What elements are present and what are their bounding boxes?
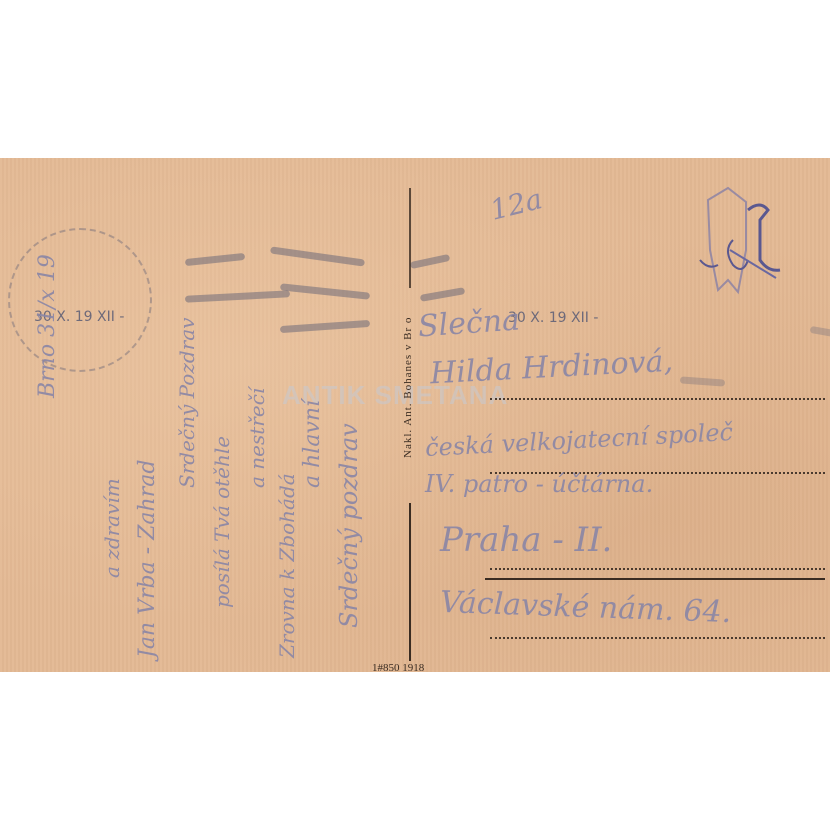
cancellation-line <box>410 254 451 269</box>
message-line: posílá Tvá otěhle <box>210 436 234 608</box>
monogram-stamp-icon <box>688 180 788 300</box>
message-line: Srdečný Pozdrav <box>175 318 199 488</box>
postmark-left <box>8 228 152 372</box>
address-line-1 <box>490 398 825 400</box>
message-line: Brno 31/x 19 <box>35 254 60 398</box>
divider-line-bottom <box>409 503 411 661</box>
address-city: Praha - II. <box>440 520 612 560</box>
message-line: Zrovna k Zbohádá <box>275 473 299 658</box>
cancellation-line <box>280 320 370 333</box>
cancellation-line <box>185 253 245 266</box>
address-street: Václavské nám. 64. <box>439 585 731 630</box>
catalog-number: 12a <box>487 182 546 227</box>
postmark-right-date: 30 X. 19 XII - <box>508 310 598 326</box>
address-greeting: Slečna <box>417 302 521 344</box>
cancellation-line <box>280 283 370 299</box>
cancellation-line <box>680 376 725 386</box>
address-org: česká velkojatecní společ <box>424 418 733 462</box>
cancellation-line <box>270 246 365 266</box>
print-code: 1#850 1918 <box>372 662 424 672</box>
message-line: Srdečný pozdrav <box>335 423 363 628</box>
address-line-3 <box>490 568 825 570</box>
address-line-4 <box>490 637 825 639</box>
message-line: a zdravím <box>100 478 124 578</box>
publisher-imprint: Nakl. Ant. Bohanes v Br o <box>402 317 414 458</box>
address-name: Hilda Hrdinová, <box>429 344 674 392</box>
postcard: ANTIK SMETANA 30 X. 19 XII - 30 X. 19 XI… <box>0 158 830 672</box>
cancellation-line <box>185 290 290 302</box>
cancellation-line <box>420 287 466 302</box>
divider-line-top <box>409 188 411 288</box>
message-line: a nestřečí <box>245 388 269 488</box>
cancellation-line <box>810 326 830 337</box>
message-line: Jan Vrba - Zahrad <box>135 460 160 658</box>
address-line-solid <box>485 578 825 580</box>
address-dept: IV. patro - účtárna. <box>425 470 653 498</box>
message-line: a hlavní <box>300 400 325 488</box>
